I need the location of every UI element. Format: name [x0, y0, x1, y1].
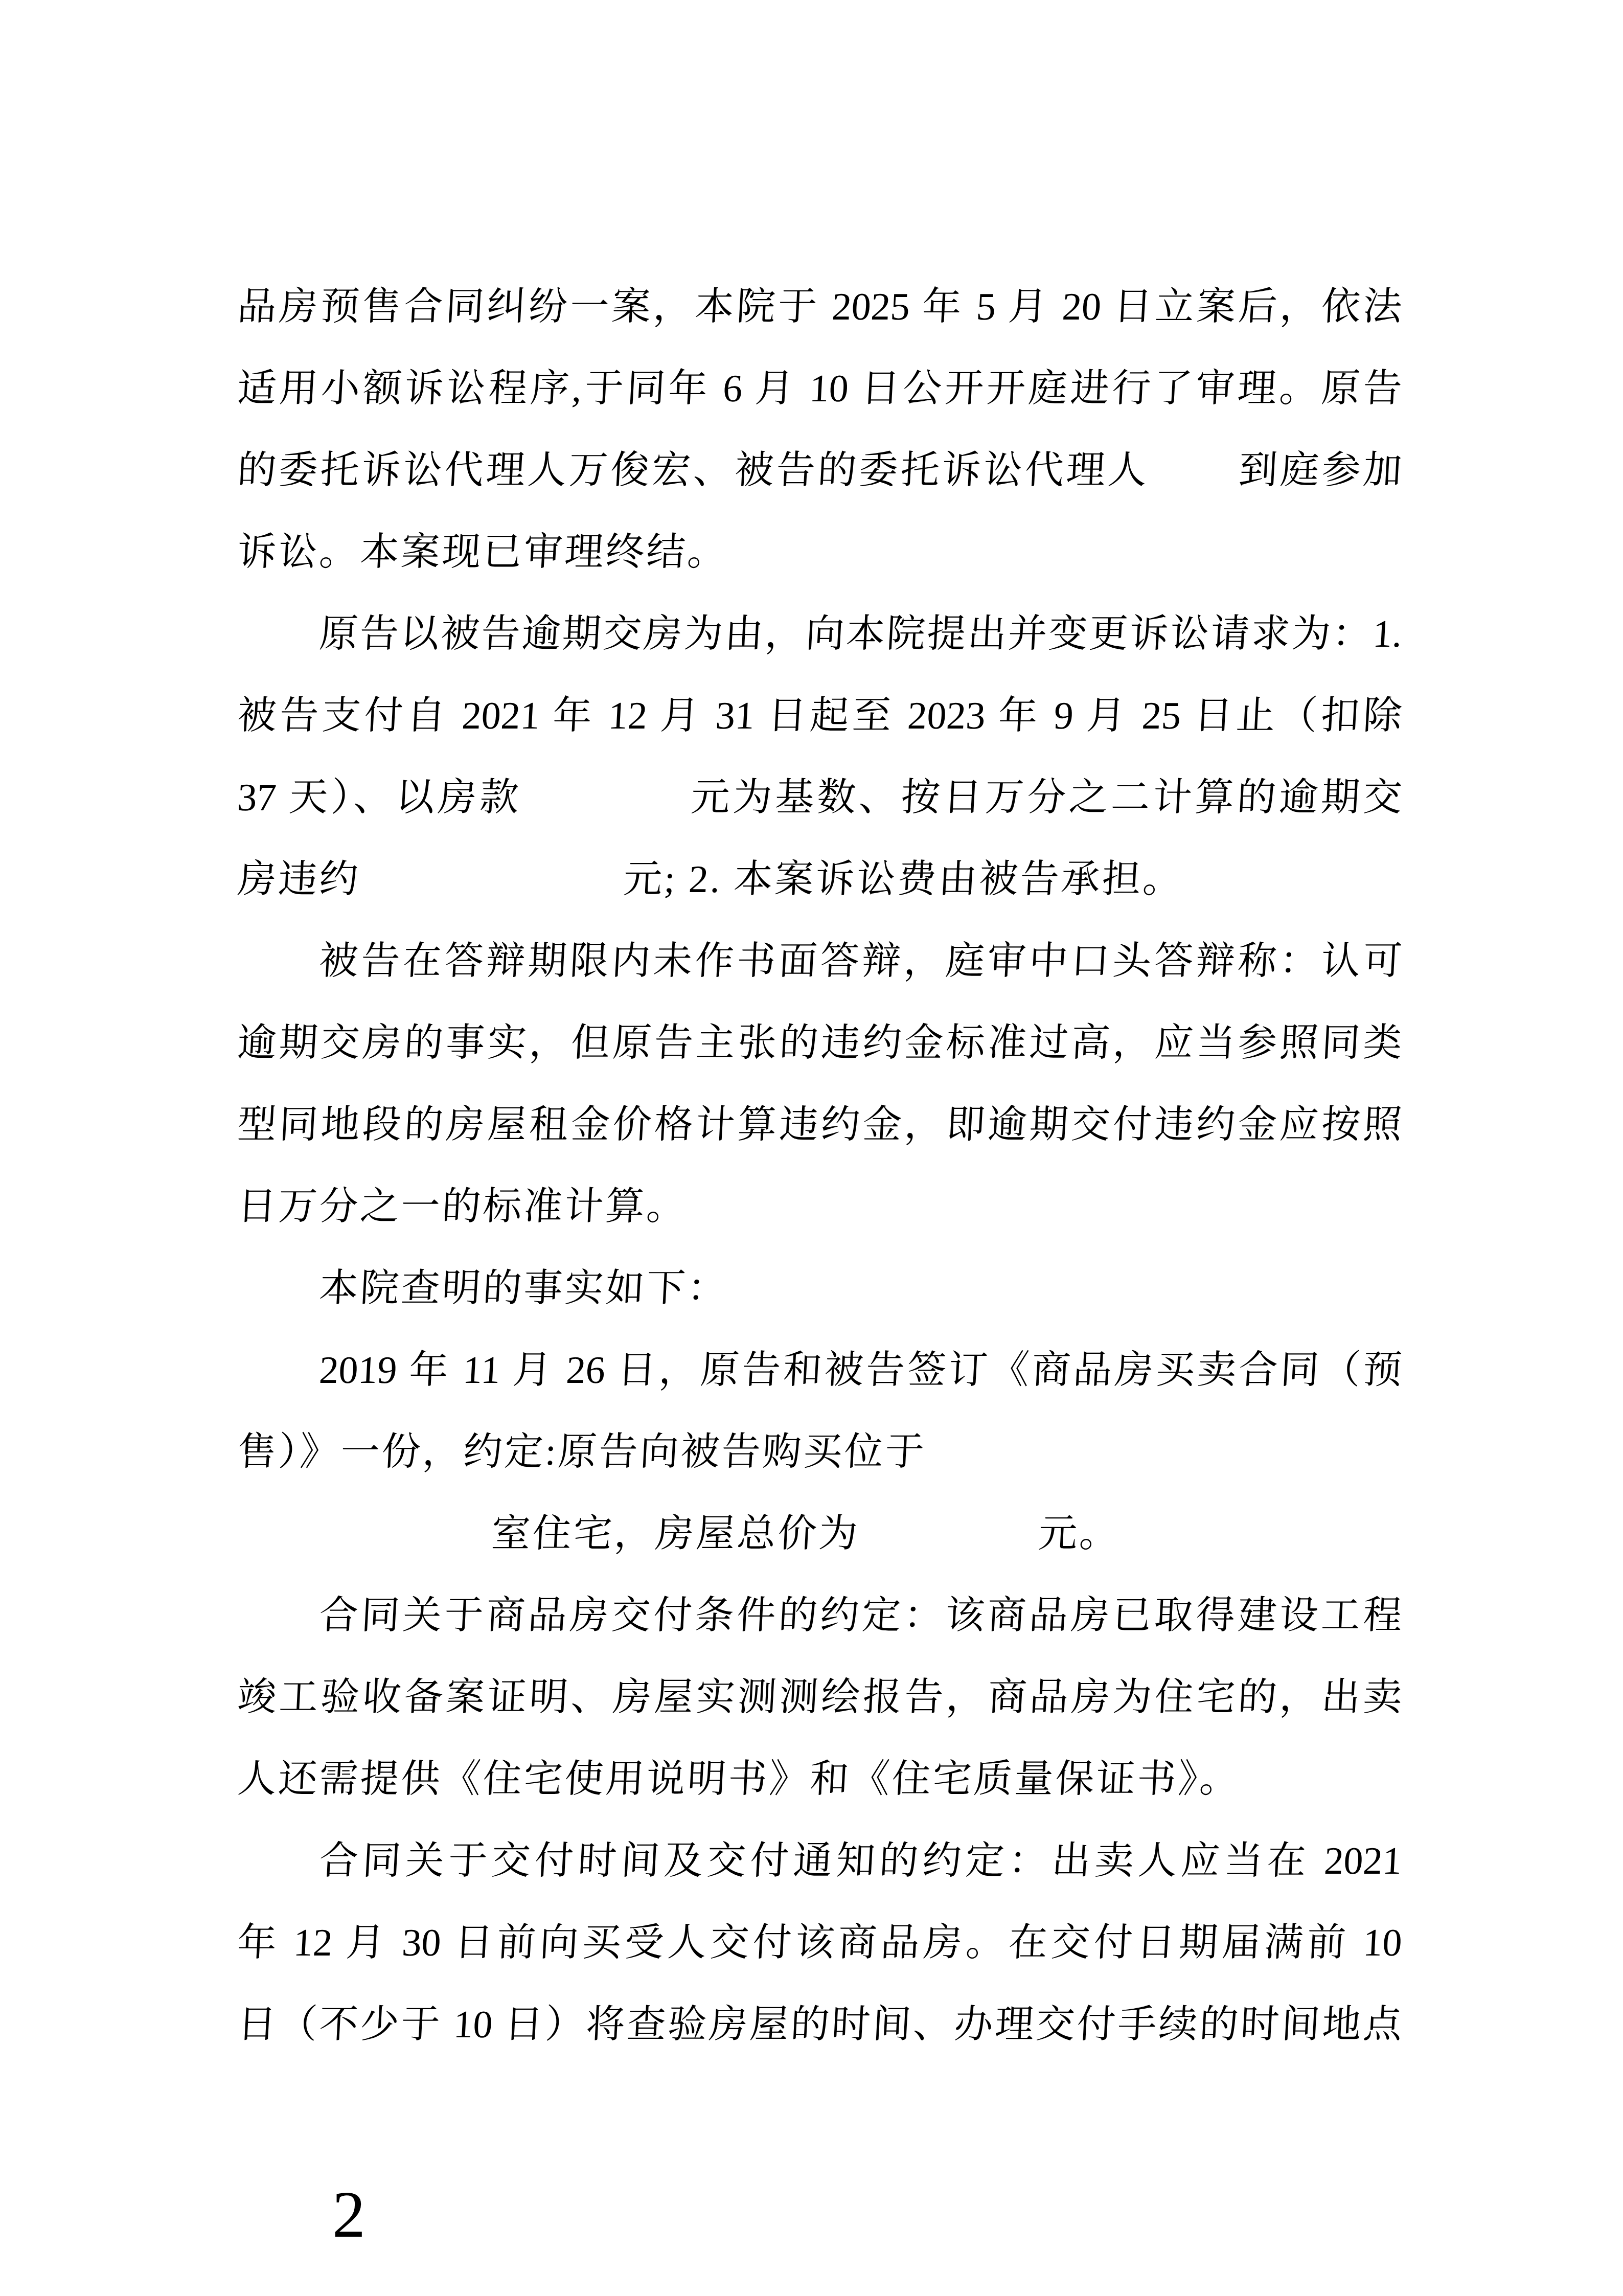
text-segment: 被告支付自 2021 年 12 月 31 日起至 2023 年 9 月 25 日…: [236, 694, 1403, 737]
text-line: 竣工验收备案证明、房屋实测测绘报告，商品房为住宅的，出卖: [236, 1656, 1401, 1738]
text-segment: 原告以被告逾期交房为由，向本院提出并变更诉讼请求为：1.: [318, 612, 1403, 655]
text-segment: 品房预售合同纠纷一案，本院于 2025 年 5 月 20 日立案后，依法: [236, 285, 1403, 328]
text-segment: 竣工验收备案证明、房屋实测测绘报告，商品房为住宅的，出卖: [236, 1676, 1403, 1719]
text-line-content: 37 天）、以房款元为基数、按日万分之二计算的逾期交: [235, 757, 1404, 838]
text-line-content: 2019 年 11 月 26 日，原告和被告签订《商品房买卖合同（预: [317, 1329, 1404, 1411]
text-line-content: 适用小额诉讼程序,于同年 6 月 10 日公开开庭进行了审理。原告: [235, 348, 1404, 429]
text-segment: 37 天）、以房款: [236, 776, 523, 819]
text-line: 被告支付自 2021 年 12 月 31 日起至 2023 年 9 月 25 日…: [236, 675, 1401, 757]
text-line: 适用小额诉讼程序,于同年 6 月 10 日公开开庭进行了审理。原告: [236, 348, 1401, 429]
text-line: 原告以被告逾期交房为由，向本院提出并变更诉讼请求为：1.: [236, 593, 1401, 675]
text-line: 合同关于商品房交付条件的约定：该商品房已取得建设工程: [236, 1575, 1401, 1656]
document-body: 品房预售合同纠纷一案，本院于 2025 年 5 月 20 日立案后，依法适用小额…: [236, 266, 1401, 2065]
text-segment: 元。: [1037, 1512, 1121, 1555]
document-page: 品房预售合同纠纷一案，本院于 2025 年 5 月 20 日立案后，依法适用小额…: [0, 0, 1623, 2296]
text-line-content: 年 12 月 30 日前向买受人交付该商品房。在交付日期届满前 10: [235, 1902, 1404, 1984]
page-number: 2: [332, 2181, 365, 2248]
text-segment: 合同关于商品房交付条件的约定：该商品房已取得建设工程: [318, 1594, 1403, 1637]
text-line-content: 型同地段的房屋租金价格计算违约金，即逾期交付违约金应按照: [235, 1084, 1404, 1166]
redacted-blank: [359, 892, 623, 892]
text-line: 室住宅，房屋总价为元。: [236, 1493, 1401, 1575]
text-line: 人还需提供《住宅使用说明书》和《住宅质量保证书》。: [236, 1738, 1401, 1820]
text-line: 房违约元; 2. 本案诉讼费由被告承担。: [236, 838, 1401, 920]
text-segment: 室住宅，房屋总价为: [490, 1512, 860, 1555]
text-line-content: 原告以被告逾期交房为由，向本院提出并变更诉讼请求为：1.: [317, 593, 1404, 675]
text-line-content: 诉讼。本案现已审理终结。: [235, 511, 1404, 593]
text-segment: 售）》一份，约定:原告向被告购买位于: [236, 1430, 927, 1473]
text-segment: 的委托诉讼代理人万俊宏、被告的委托诉讼代理人: [236, 449, 1150, 492]
text-segment: 被告在答辩期限内未作书面答辩，庭审中口头答辩称：认可: [318, 940, 1403, 983]
text-line-content: 本院查明的事实如下：: [317, 1247, 1404, 1329]
redacted-blank: [859, 1546, 1038, 1547]
text-line-content: 的委托诉讼代理人万俊宏、被告的委托诉讼代理人到庭参加: [235, 429, 1404, 511]
text-line-content: 售）》一份，约定:原告向被告购买位于: [235, 1411, 1404, 1493]
text-segment: 逾期交房的事实，但原告主张的违约金标准过高，应当参照同类: [236, 1021, 1403, 1064]
text-line-content: 竣工验收备案证明、房屋实测测绘报告，商品房为住宅的，出卖: [235, 1656, 1404, 1738]
redacted-blank: [1149, 483, 1236, 483]
text-line: 日万分之一的标准计算。: [236, 1166, 1401, 1247]
text-line-content: 合同关于交付时间及交付通知的约定：出卖人应当在 2021: [317, 1820, 1404, 1902]
text-line-content: 日万分之一的标准计算。: [235, 1166, 1404, 1247]
text-segment: 日（不少于 10 日）将查验房屋的时间、办理交付手续的时间地点: [236, 2003, 1403, 2046]
text-segment: 诉讼。本案现已审理终结。: [236, 531, 729, 574]
text-segment: 元; 2. 本案诉讼费由被告承担。: [622, 858, 1185, 901]
text-line: 年 12 月 30 日前向买受人交付该商品房。在交付日期届满前 10: [236, 1902, 1401, 1984]
text-segment: 年 12 月 30 日前向买受人交付该商品房。在交付日期届满前 10: [236, 1921, 1403, 1964]
text-line-content: 房违约元; 2. 本案诉讼费由被告承担。: [235, 838, 1404, 920]
text-line: 2019 年 11 月 26 日，原告和被告签订《商品房买卖合同（预: [236, 1329, 1401, 1411]
text-segment: 房违约: [236, 858, 361, 901]
text-segment: 到庭参加: [1235, 449, 1403, 492]
text-segment: 元为基数、按日万分之二计算的逾期交: [687, 776, 1403, 819]
text-line-content: 逾期交房的事实，但原告主张的违约金标准过高，应当参照同类: [235, 1002, 1404, 1084]
text-line-content: 人还需提供《住宅使用说明书》和《住宅质量保证书》。: [235, 1738, 1404, 1820]
text-line-content: 合同关于商品房交付条件的约定：该商品房已取得建设工程: [317, 1575, 1404, 1656]
text-segment: 型同地段的房屋租金价格计算违约金，即逾期交付违约金应按照: [236, 1103, 1403, 1146]
text-line: 诉讼。本案现已审理终结。: [236, 511, 1401, 593]
text-line: 本院查明的事实如下：: [236, 1247, 1401, 1329]
text-line-content: 被告支付自 2021 年 12 月 31 日起至 2023 年 9 月 25 日…: [235, 675, 1404, 757]
text-segment: 本院查明的事实如下：: [318, 1267, 729, 1310]
text-line: 品房预售合同纠纷一案，本院于 2025 年 5 月 20 日立案后，依法: [236, 266, 1401, 348]
text-line: 的委托诉讼代理人万俊宏、被告的委托诉讼代理人到庭参加: [236, 429, 1401, 511]
text-line: 型同地段的房屋租金价格计算违约金，即逾期交付违约金应按照: [236, 1084, 1401, 1166]
redacted-blank: [521, 810, 687, 810]
text-segment: 日万分之一的标准计算。: [236, 1185, 688, 1228]
text-segment: 适用小额诉讼程序,于同年 6 月 10 日公开开庭进行了审理。原告: [236, 367, 1403, 410]
text-line-content: 被告在答辩期限内未作书面答辩，庭审中口头答辩称：认可: [317, 920, 1404, 1002]
text-line: 售）》一份，约定:原告向被告购买位于: [236, 1411, 1401, 1493]
text-line-content: 品房预售合同纠纷一案，本院于 2025 年 5 月 20 日立案后，依法: [235, 266, 1404, 348]
text-segment: 2019 年 11 月 26 日，原告和被告签订《商品房买卖合同（预: [318, 1349, 1403, 1392]
text-segment: 合同关于交付时间及交付通知的约定：出卖人应当在 2021: [318, 1839, 1403, 1882]
text-line: 逾期交房的事实，但原告主张的违约金标准过高，应当参照同类: [236, 1002, 1401, 1084]
text-line: 被告在答辩期限内未作书面答辩，庭审中口头答辩称：认可: [236, 920, 1401, 1002]
text-line-content: 日（不少于 10 日）将查验房屋的时间、办理交付手续的时间地点: [235, 1984, 1404, 2065]
text-line: 日（不少于 10 日）将查验房屋的时间、办理交付手续的时间地点: [236, 1984, 1401, 2065]
text-segment: 人还需提供《住宅使用说明书》和《住宅质量保证书》。: [236, 1758, 1241, 1801]
text-line-content: 室住宅，房屋总价为元。: [489, 1493, 1404, 1575]
text-line: 37 天）、以房款元为基数、按日万分之二计算的逾期交: [236, 757, 1401, 838]
text-line: 合同关于交付时间及交付通知的约定：出卖人应当在 2021: [236, 1820, 1401, 1902]
